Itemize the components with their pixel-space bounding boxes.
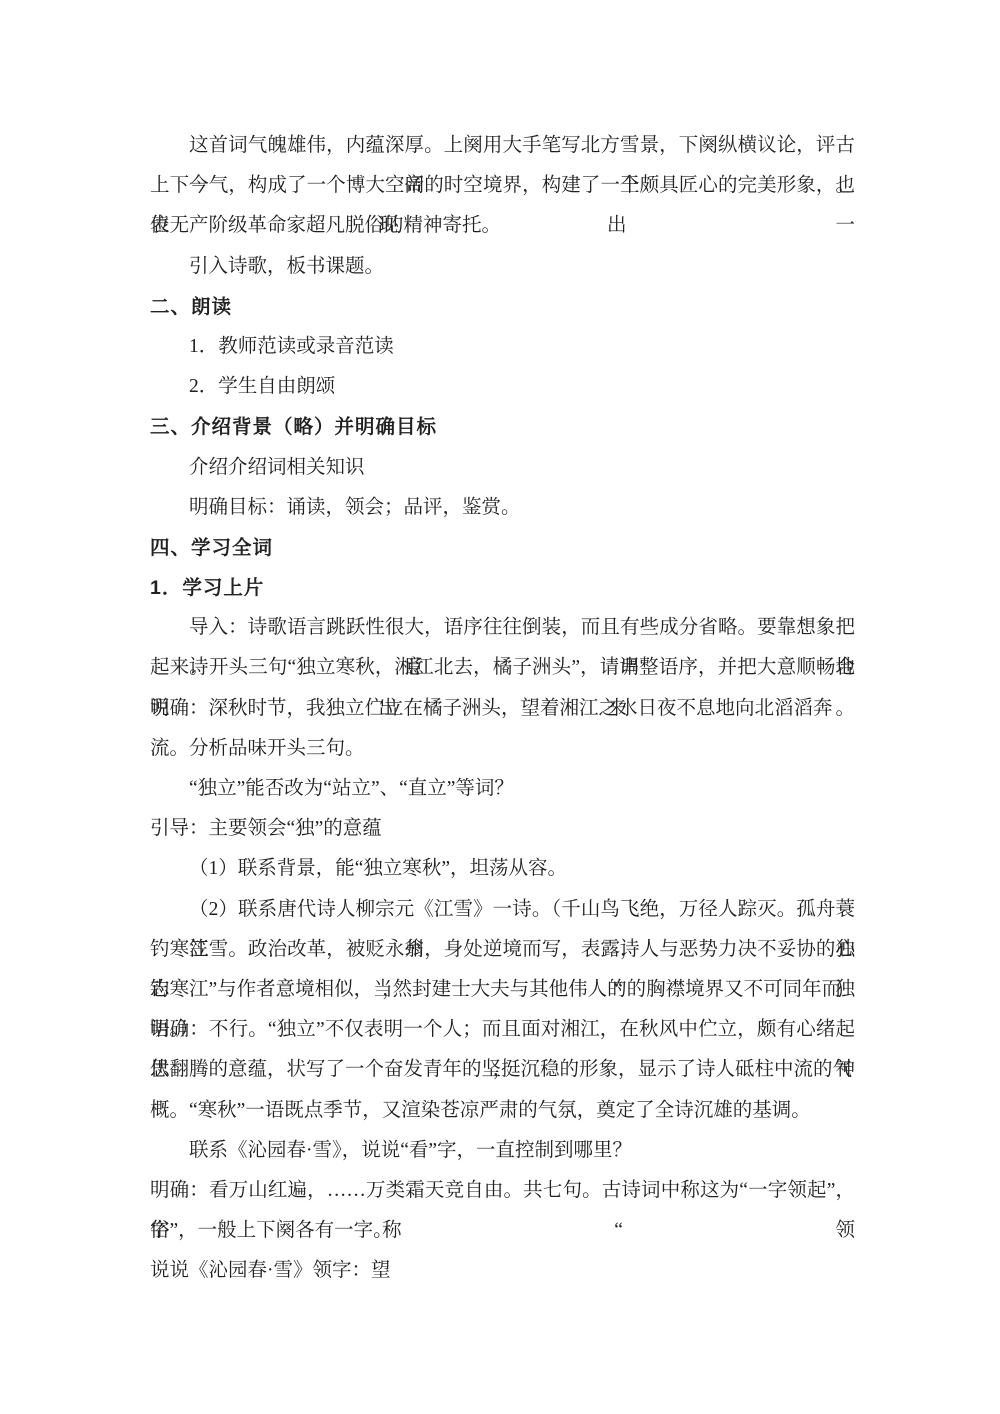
- text-line: 2．学生自由朗颂: [150, 367, 855, 407]
- text-line: 钓寒江雪。政治改革，被贬永州，身处逆境而写，表露诗人与恶势力决不妥协的心志，“独: [150, 930, 855, 970]
- text-line: 导入：诗歌语言跳跃性很大，语序往往倒装，而且有些成分省略。要靠想象把诗意串合: [150, 608, 855, 648]
- heading-line: 四、学习全词: [150, 528, 855, 568]
- text-line: 钓寒江”与作者意境相似，当然封建士大夫与其他伟人的的胸襟境界又不可同年而语。）: [150, 970, 855, 1010]
- text-line: 说说《沁园春·雪》领字：望: [150, 1251, 855, 1291]
- heading-line: 1．学习上片: [150, 568, 855, 608]
- text-line: “独立”能否改为“站立”、“直立”等词？: [150, 769, 855, 809]
- text-line: 联系《沁园春·雪》，说说“看”字，一直控制到哪里？: [150, 1131, 855, 1171]
- text-line: 起来。开头三句“独立寒秋，湘江北去，橘子洲头”，请调整语序，并把大意顺畅地说出来…: [150, 648, 855, 688]
- text-line: 明确：不行。“独立”不仅表明一个人；而且面对湘江，在秋风中伫立，颇有心绪起伏，神: [150, 1010, 855, 1050]
- heading-line: 二、朗读: [150, 287, 855, 327]
- text-line: 这首词气魄雄伟，内蕴深厚。上阕用大手笔写北方雪景，下阕纵横议论，评古今帝王。: [150, 126, 855, 166]
- text-line: 引入诗歌，板书课题。: [150, 247, 855, 287]
- text-line: 上下一气，构成了一个博大空阔的时空境界，构建了一个颇具匠心的完美形象，也表现出一: [150, 166, 855, 206]
- text-line: （2）联系唐代诗人柳宗元《江雪》一诗。（千山鸟飞绝，万径人踪灭。孤舟蓑笠翁，独: [150, 890, 855, 930]
- text-line: 思翻腾的意蕴，状写了一个奋发青年的坚挺沉稳的形象，显示了诗人砥柱中流的气概。: [150, 1050, 855, 1090]
- text-line: 1．教师范读或录音范读: [150, 327, 855, 367]
- heading-line: 三、介绍背景（略）并明确目标: [150, 407, 855, 447]
- text-line: 明确：看万山红遍，……万类霜天竞自由。共七句。古诗词中称这为“一字领起”，俗称“…: [150, 1171, 855, 1211]
- text-line: 引导：主要领会“独”的意蕴: [150, 809, 855, 849]
- text-line: 明确目标：诵读，领会；品评，鉴赏。: [150, 488, 855, 528]
- text-line: （1）联系背景，能“独立寒秋”，坦荡从容。: [150, 849, 855, 889]
- text-line: “寒秋”一语既点季节，又渲染苍凉严肃的气氛，奠定了全诗沉雄的基调。: [150, 1091, 855, 1131]
- text-line: 分析品味开头三句。: [150, 729, 855, 769]
- text-line: 介绍介绍词相关知识: [150, 448, 855, 488]
- text-line: 明确：深秋时节，我独立伫立在橘子洲头，望着湘江之水日夜不息地向北滔滔奔流。: [150, 689, 855, 729]
- document-page: 这首词气魄雄伟，内蕴深厚。上阕用大手笔写北方雪景，下阕纵横议论，评古今帝王。上下…: [0, 0, 1000, 1414]
